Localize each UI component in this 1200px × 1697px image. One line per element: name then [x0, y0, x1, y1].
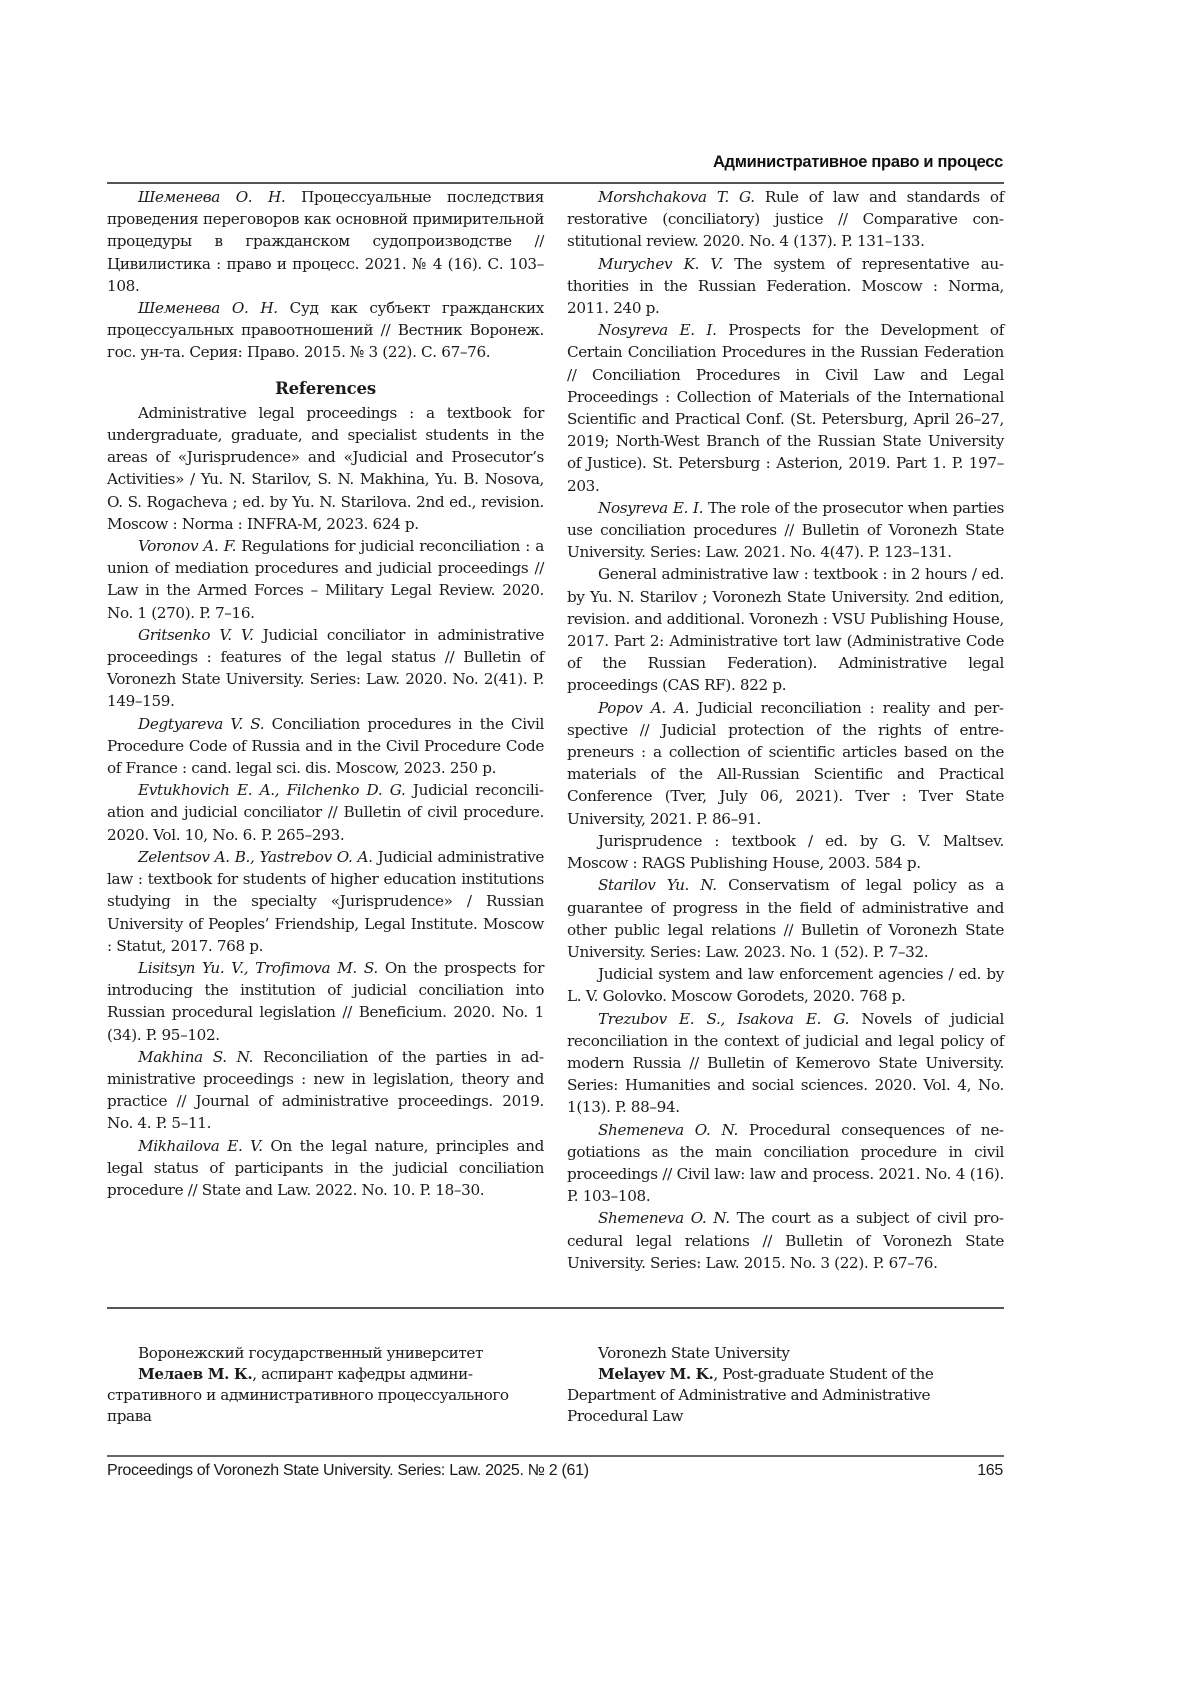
reference-author: Nosyreva E. I.: [598, 321, 717, 339]
journal-page: Административное право и процесс Шеменев…: [0, 0, 1200, 1697]
page-footer: Proceedings of Voronezh State University…: [107, 1462, 1003, 1480]
reference-entry: Lisitsyn Yu. V., Trofimova M. S. On the …: [107, 957, 544, 1046]
reference-entry: Starilov Yu. N. Conservatism of legal po…: [567, 874, 1004, 963]
author-info-en: Melayev M. K., Post-graduate Student of …: [567, 1364, 1004, 1427]
reference-entry: Judicial system and law enforcement agen…: [567, 963, 1004, 1007]
affiliation-ru: Воронежский государственный университет …: [107, 1343, 544, 1427]
reference-entry: Zelentsov A. B., Yastrebov O. A. Judicia…: [107, 846, 544, 957]
right-column: Morshchakova T. G. Rule of law and stand…: [567, 186, 1004, 1274]
reference-author: Popov A. A.: [598, 699, 689, 717]
reference-author: Trezubov E. S., Isakova E. G.: [598, 1010, 849, 1028]
section-divider: [107, 1307, 1004, 1309]
reference-entry: Popov A. A. Judicial reconciliation : re…: [567, 697, 1004, 830]
reference-author: Mikhailova E. V.: [138, 1137, 263, 1155]
reference-entry: Voronov A. F. Regulations for judicial r…: [107, 535, 544, 624]
page-number: 165: [977, 1462, 1003, 1480]
left-column: Шеменева О. Н. Процессуальные последстви…: [107, 186, 544, 1201]
reference-entry: Makhina S. N. Reconciliation of the part…: [107, 1046, 544, 1135]
reference-author: Makhina S. N.: [138, 1048, 253, 1066]
reference-entry: Shemeneva O. N. The court as a subject o…: [567, 1207, 1004, 1274]
reference-entry: Administrative legal proceedings : a tex…: [107, 402, 544, 535]
reference-entry: Shemeneva O. N. Procedural consequences …: [567, 1119, 1004, 1208]
reference-text: Administrative legal proceedings : a tex…: [107, 404, 544, 533]
reference-text: General administrative law : textbook : …: [567, 565, 1004, 694]
reference-author: Shemeneva O. N.: [598, 1209, 730, 1227]
reference-author: Evtukhovich E. A., Filchenko D. G.: [138, 781, 405, 799]
reference-entry: Degtyareva V. S. Conciliation procedures…: [107, 713, 544, 780]
journal-citation: Proceedings of Voronezh State University…: [107, 1462, 589, 1480]
running-title: Административное право и процесс: [107, 153, 1003, 172]
reference-author: Lisitsyn Yu. V., Trofimova M. S.: [138, 959, 378, 977]
header-rule: [107, 182, 1004, 184]
reference-author: Degtyareva V. S.: [138, 715, 264, 733]
reference-author: Шеменева О. Н.: [138, 299, 278, 317]
reference-author: Шеменева О. Н.: [138, 188, 285, 206]
reference-entry: Nosyreva E. I. The role of the prosecuto…: [567, 497, 1004, 564]
institution-en: Voronezh State University: [567, 1343, 1004, 1364]
author-name-ru: Мелаев М. К.: [138, 1365, 252, 1383]
reference-entry: Trezubov E. S., Isakova E. G. Novels of …: [567, 1008, 1004, 1119]
reference-author: Voronov A. F.: [138, 537, 236, 555]
reference-text: Judicial system and law enforcement agen…: [567, 965, 1004, 1005]
reference-author: Starilov Yu. N.: [598, 876, 717, 894]
institution-ru: Воронежский государственный университет: [107, 1343, 544, 1364]
reference-text: Jurisprudence : textbook / ed. by G. V. …: [567, 832, 1004, 872]
reference-text: Judicial reconciliation : reality and pe…: [567, 699, 1004, 828]
reference-entry: Nosyreva E. I. Prospects for the Develop…: [567, 319, 1004, 497]
reference-author: Gritsenko V. V.: [138, 626, 253, 644]
reference-author: Nosyreva E. I.: [598, 499, 703, 517]
author-info-ru: Мелаев М. К., аспирант кафедры админи­ст…: [107, 1364, 544, 1427]
reference-entry: Mikhailova E. V. On the legal nature, pr…: [107, 1135, 544, 1202]
reference-author: Morshchakova T. G.: [598, 188, 755, 206]
reference-author: Shemeneva O. N.: [598, 1121, 738, 1139]
reference-entry: Murychev K. V. The system of representat…: [567, 253, 1004, 320]
russian-reference-entry: Шеменева О. Н. Суд как субъект гражданск…: [107, 297, 544, 364]
russian-reference-entry: Шеменева О. Н. Процессуальные последстви…: [107, 186, 544, 297]
affiliation-en: Voronezh State University Melayev M. K.,…: [567, 1343, 1004, 1427]
reference-entry: General administrative law : textbook : …: [567, 563, 1004, 696]
author-name-en: Melayev M. K.: [598, 1365, 713, 1383]
reference-entry: Morshchakova T. G. Rule of law and stand…: [567, 186, 1004, 253]
reference-text: Prospects for the Development of Certain…: [567, 321, 1004, 494]
reference-entry: Evtukhovich E. A., Filchenko D. G. Judic…: [107, 779, 544, 846]
reference-author: Zelentsov A. B., Yastrebov O. A.: [138, 848, 373, 866]
references-heading: References: [107, 378, 544, 400]
reference-entry: Gritsenko V. V. Judicial conciliator in …: [107, 624, 544, 713]
footer-rule: [107, 1455, 1004, 1457]
reference-entry: Jurisprudence : textbook / ed. by G. V. …: [567, 830, 1004, 874]
reference-author: Murychev K. V.: [598, 255, 723, 273]
